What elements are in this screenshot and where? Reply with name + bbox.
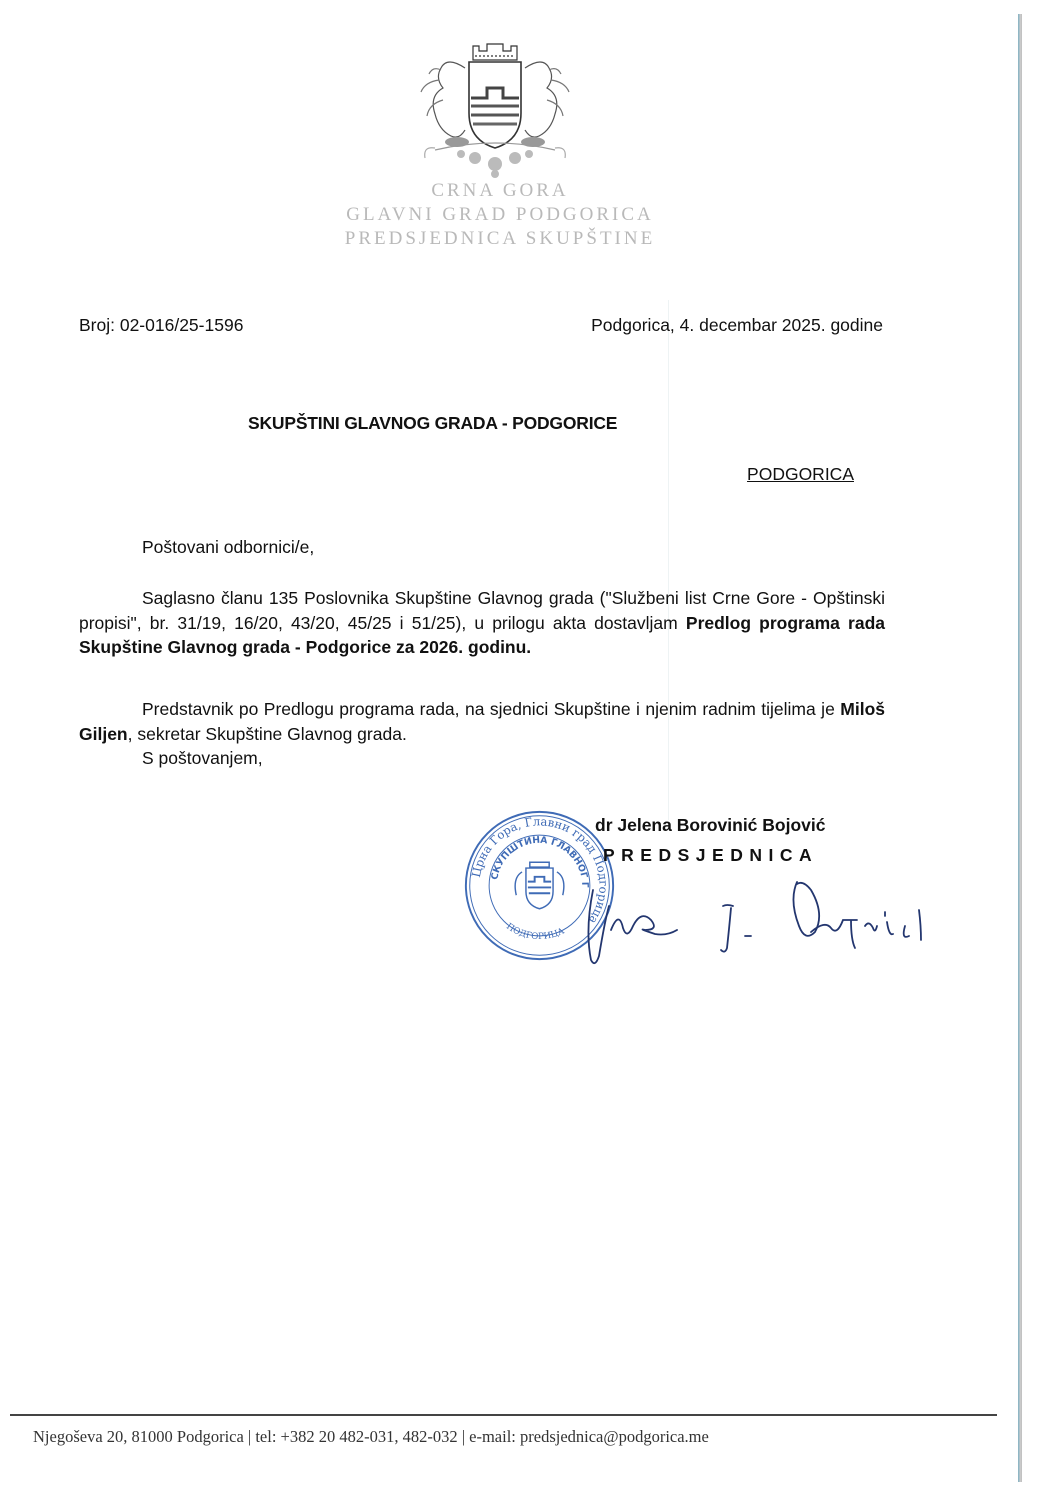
paragraph-2-text: Predstavnik po Predlogu programa rada, n… xyxy=(142,699,840,719)
handwritten-signature-icon xyxy=(575,870,935,970)
paragraph-2-tail: , sekretar Skupštine Glavnog grada. xyxy=(128,724,407,744)
closing: S poštovanjem, xyxy=(79,746,885,771)
signer-name: dr Jelena Borovinić Bojović xyxy=(595,815,825,836)
recipient-city: PODGORICA xyxy=(747,464,854,485)
svg-text:ПОДГОРИЦА: ПОДГОРИЦА xyxy=(504,922,566,942)
footer-contact: Njegoševa 20, 81000 Podgorica | tel: +38… xyxy=(33,1427,709,1447)
stamp-bottom-text: ПОДГОРИЦА xyxy=(504,922,566,942)
paragraph-1: Saglasno članu 135 Poslovnika Skupštine … xyxy=(79,586,885,660)
coat-of-arms-icon xyxy=(395,18,595,183)
recipient-name: SKUPŠTINI GLAVNOG GRADA - PODGORICE xyxy=(248,413,617,434)
letterhead: CRNA GORA GLAVNI GRAD PODGORICA PREDSJED… xyxy=(300,179,700,251)
place-and-date: Podgorica, 4. decembar 2025. godine xyxy=(591,315,883,336)
footer-divider xyxy=(10,1414,997,1416)
paragraph-2: Predstavnik po Predlogu programa rada, n… xyxy=(79,697,885,746)
letterhead-country: CRNA GORA xyxy=(300,179,700,203)
salutation: Poštovani odbornici/e, xyxy=(79,535,885,560)
page-edge-line xyxy=(1018,14,1022,1482)
letterhead-office: PREDSJEDNICA SKUPŠTINE xyxy=(300,227,700,251)
signer-title: PREDSJEDNICA xyxy=(603,845,818,866)
letterhead-city: GLAVNI GRAD PODGORICA xyxy=(300,203,700,227)
document-number: Broj: 02-016/25-1596 xyxy=(79,315,243,336)
